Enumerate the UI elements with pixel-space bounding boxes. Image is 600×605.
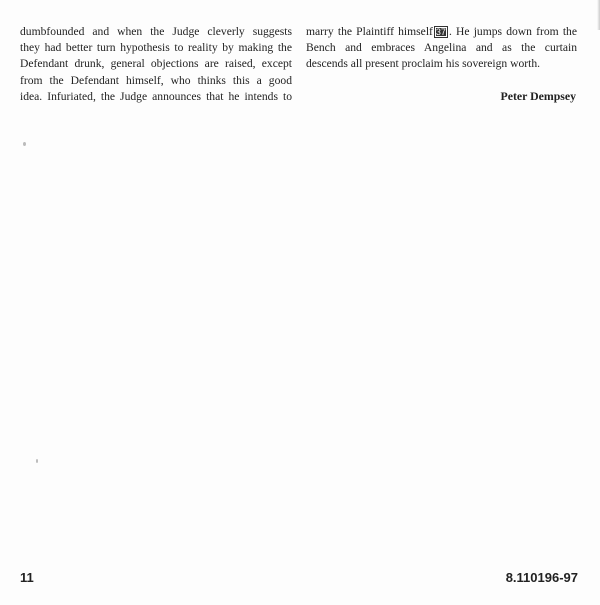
left-text-column: dumbfounded and when the Judge cleverly … [20,24,292,105]
text-line: descends all present proclaim his sovere… [306,56,577,72]
text-line: marry the Plaintiff himself37. He jumps … [306,24,577,40]
track-number-badge: 37 [434,26,448,38]
page-number: 11 [20,570,34,585]
scan-speck [36,459,38,463]
scan-speck [23,142,26,146]
right-text-column: marry the Plaintiff himself37. He jumps … [306,24,577,73]
text-fragment: marry the Plaintiff himself [306,25,433,38]
text-line: they had better turn hypothesis to reali… [20,40,292,56]
catalog-number: 8.110196-97 [506,570,578,585]
text-line: dumbfounded and when the Judge cleverly … [20,24,292,40]
text-line: idea. Infuriated, the Judge announces th… [20,89,292,105]
text-fragment: . He jumps down from the [449,25,577,38]
booklet-page: dumbfounded and when the Judge cleverly … [0,0,600,605]
text-line: from the Defendant himself, who thinks t… [20,73,292,89]
author-signature: Peter Dempsey [501,89,576,104]
text-line: Defendant drunk, general objections are … [20,56,292,72]
text-line: Bench and embraces Angelina and as the c… [306,40,577,56]
